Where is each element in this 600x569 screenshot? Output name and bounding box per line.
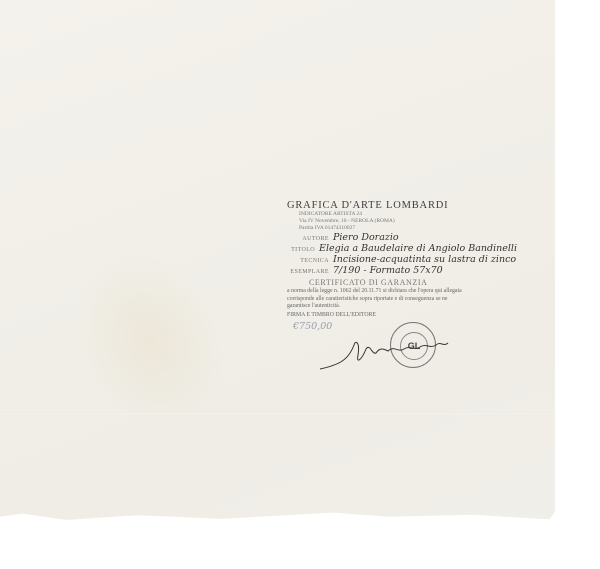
field-technique: TECNICA Incisione-acquatinta su lastra d… — [287, 254, 517, 265]
field-title: TITOLO Elegia a Baudelaire di Angiolo Ba… — [287, 243, 517, 254]
author-value: Piero Dorazio — [333, 232, 399, 243]
technique-value: Incisione-acquatinta su lastra di zinco — [333, 254, 516, 265]
publisher-line: Partita IVA 01474310027 — [287, 225, 517, 232]
plate-mark — [0, 412, 555, 414]
publisher-line: INDICATORE ARTISTA 24 — [287, 211, 517, 218]
title-value: Elegia a Baudelaire di Angiolo Bandinell… — [319, 243, 517, 254]
signature-label: FIRMA E TIMBRO DELL'EDITORE — [287, 312, 467, 320]
certificate-stamp: GRAFICA D'ARTE LOMBARDI INDICATORE ARTIS… — [287, 200, 517, 332]
publisher-line: Via IV Novembre, 10 - NEROLA (ROMA) — [287, 218, 517, 225]
field-author: AUTORE Piero Dorazio — [287, 232, 517, 243]
field-edition: ESEMPLARE 7/190 - Formato 57x70 — [287, 265, 517, 276]
legal-text: a norma della legge n. 1062 del 20.11.71… — [287, 288, 467, 311]
publisher-signature — [318, 335, 458, 375]
publisher-name: GRAFICA D'ARTE LOMBARDI — [287, 200, 517, 211]
edition-value: 7/190 - Formato 57x70 — [333, 265, 443, 276]
certificate-title: CERTIFICATO DI GARANZIA — [287, 278, 517, 287]
paper-stain — [49, 229, 252, 451]
